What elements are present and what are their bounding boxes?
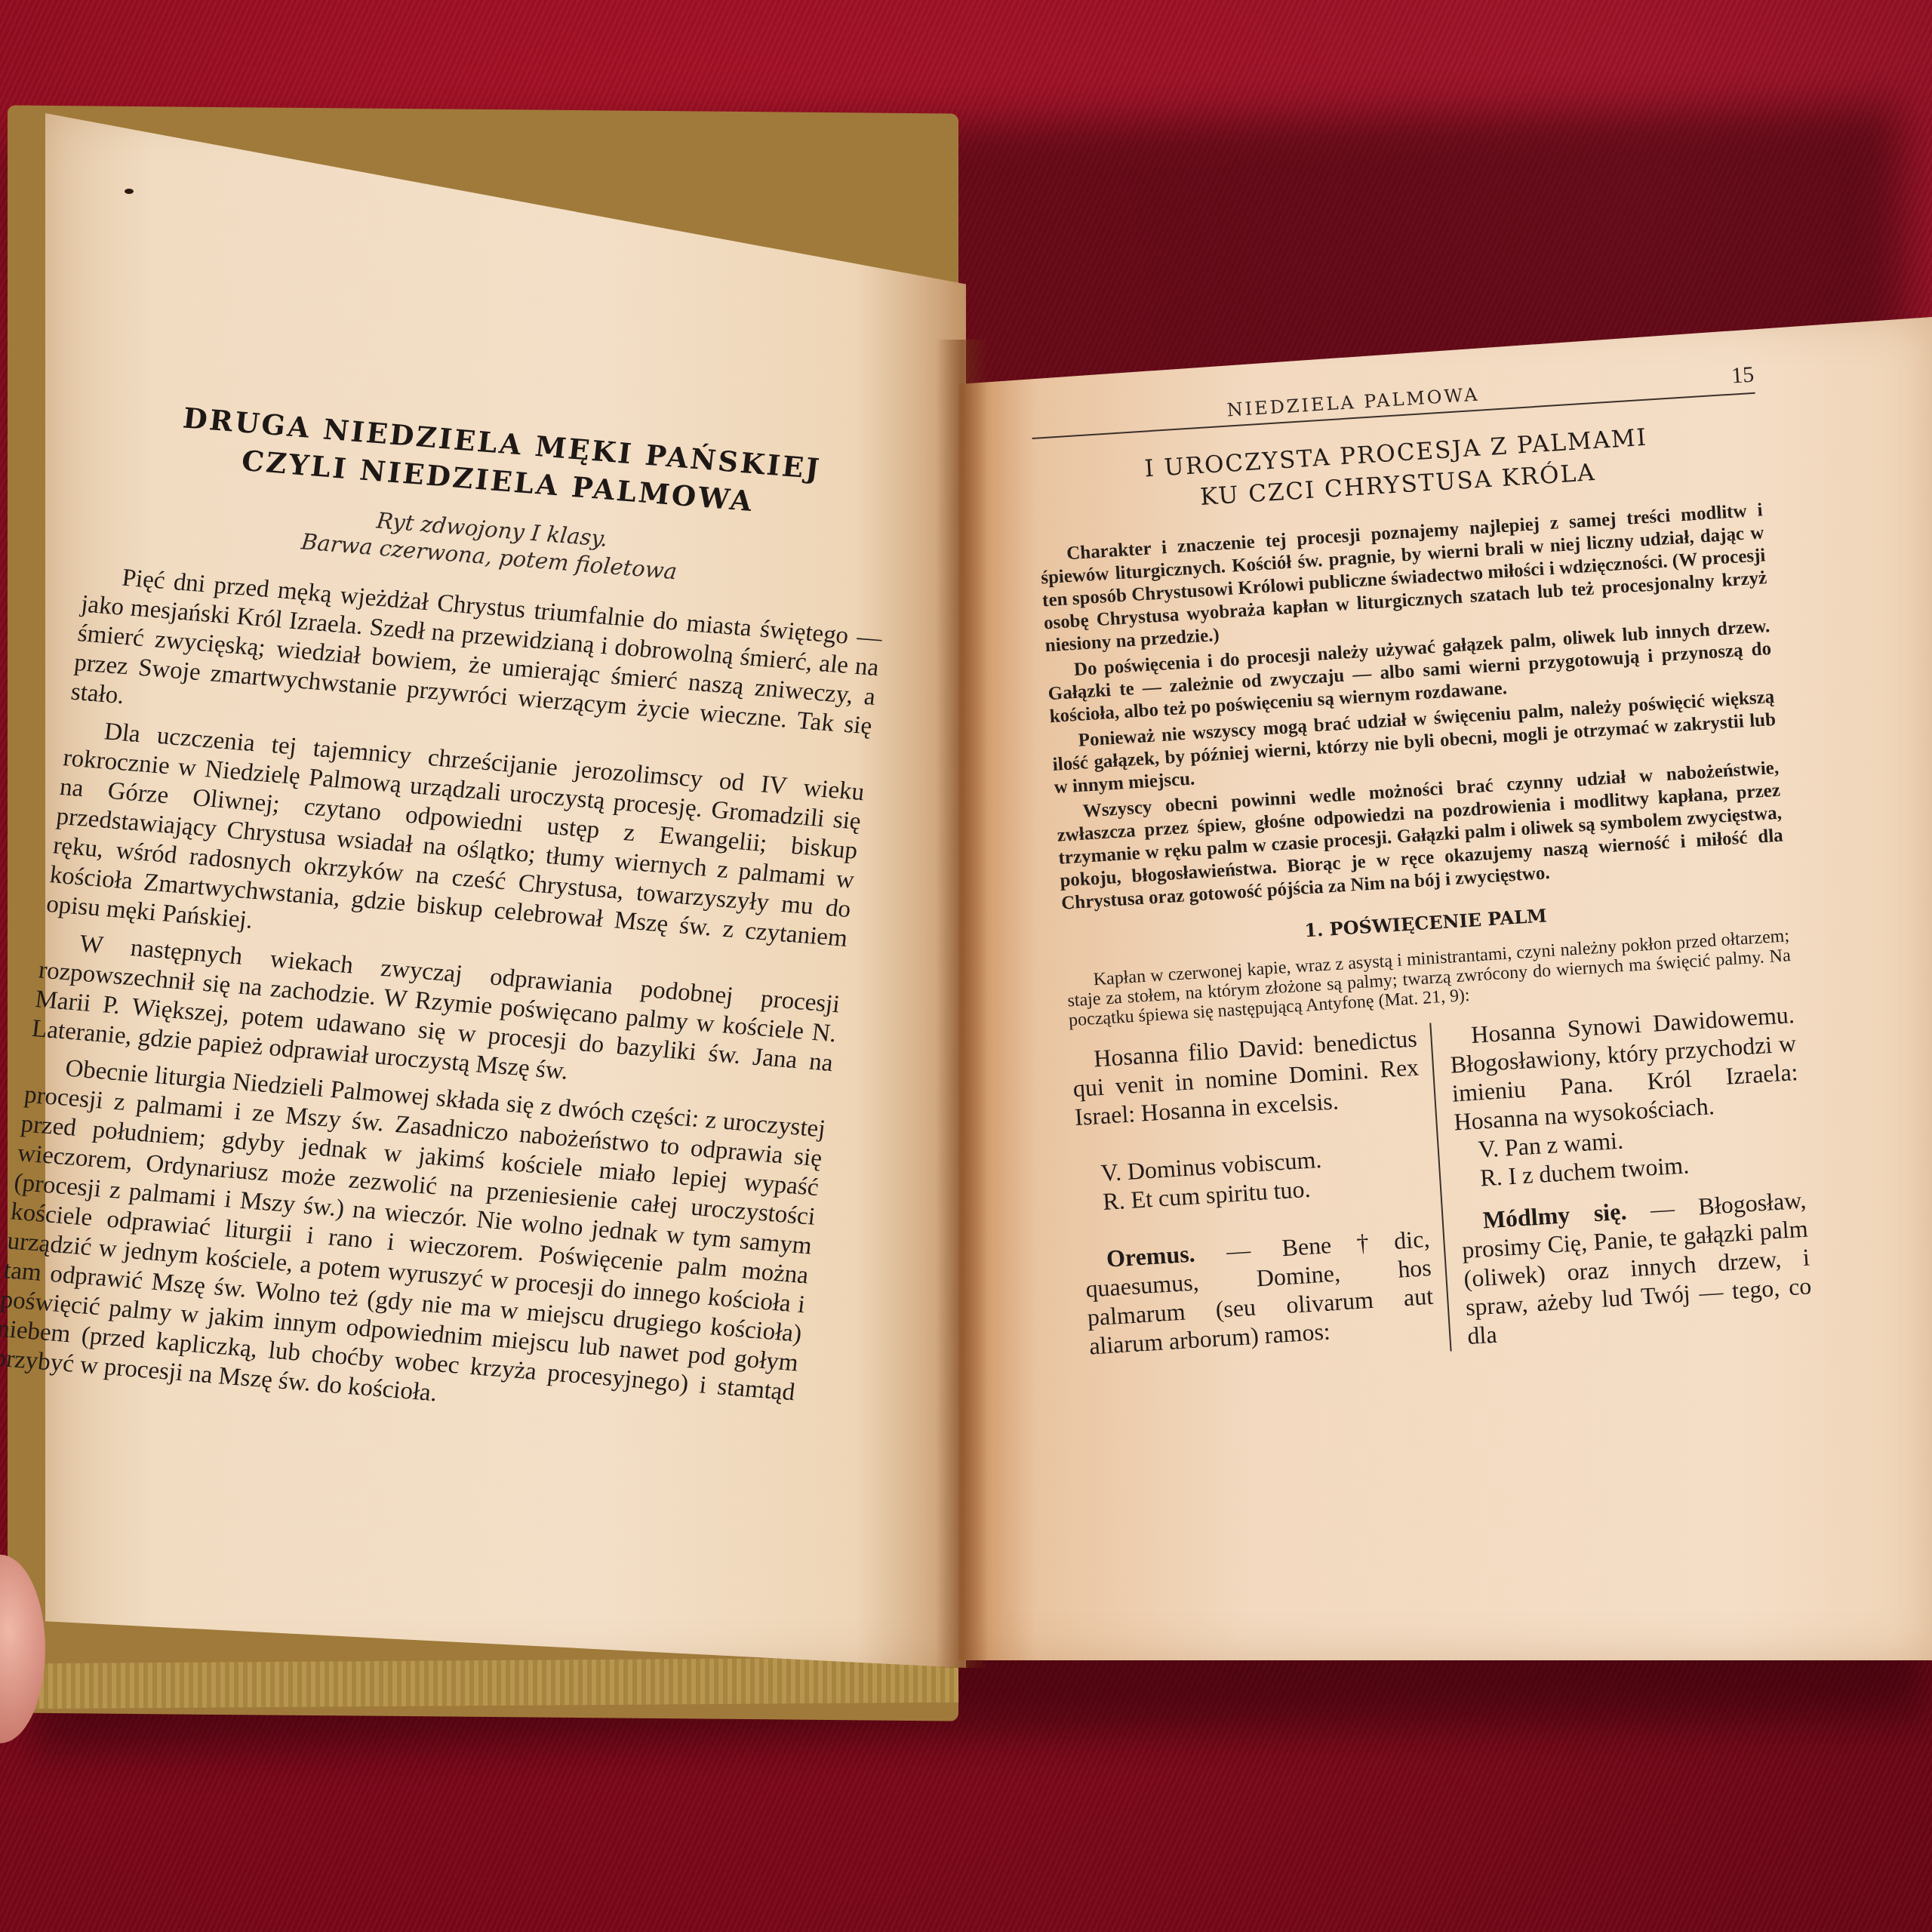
polish-antiphon: Hosanna Synowi Dawidowemu. Błogosławiony… [1447, 1000, 1801, 1137]
polish-column: Hosanna Synowi Dawidowemu. Błogosławiony… [1431, 1000, 1814, 1351]
right-body: Charakter i znaczenie tej procesji pozna… [1038, 499, 1785, 915]
left-body: Pięć dni przed męką wjeżdżał Chrystus tr… [0, 561, 884, 1437]
left-page-text: DRUGA NIEDZIELA MĘKI PAŃSKIEJ CZYLI NIED… [0, 392, 903, 1444]
latin-column: Hosanna filio David: benedictus qui veni… [1070, 1023, 1451, 1374]
paragraph: Obecnie liturgia Niedzieli Palmowej skła… [0, 1051, 827, 1437]
oremus-label: Oremus. [1106, 1240, 1196, 1272]
book-gutter [936, 340, 989, 1668]
bilingual-columns: Hosanna filio David: benedictus qui veni… [1070, 1000, 1814, 1374]
right-page-text: NIEDZIELA PALMOWA 15 I UROCZYSTA PROCESJ… [1030, 362, 1814, 1374]
page-number: 15 [1730, 362, 1755, 389]
paper-speck [125, 189, 134, 194]
book-spine-cloth [30, 1657, 958, 1709]
